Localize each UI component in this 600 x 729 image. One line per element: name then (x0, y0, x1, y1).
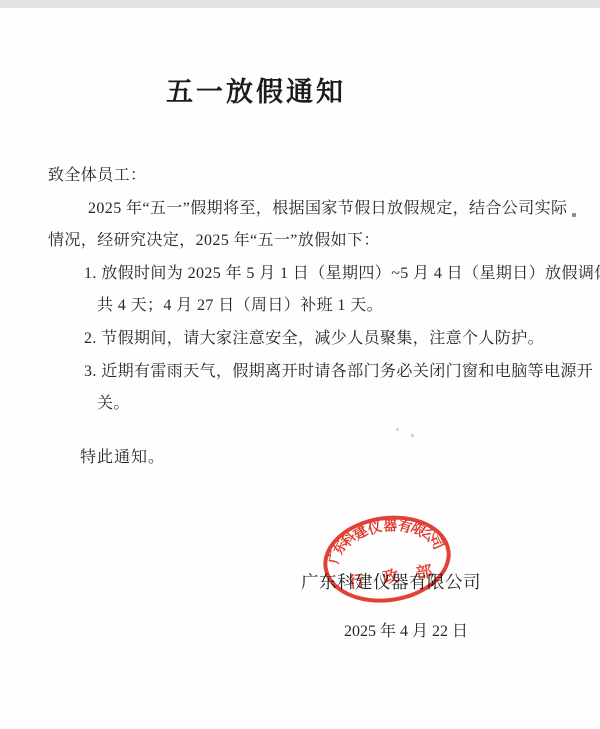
body-line: 1. 放假时间为 2025 年 5 月 1 日（星期四）~5 月 4 日（星期日… (48, 258, 566, 291)
body-line: 致全体员工： (48, 160, 566, 193)
signature-date: 2025 年 4 月 22 日 (344, 618, 468, 641)
stamp-arc-char: 广 (323, 548, 345, 564)
stamp-arc-char: 有 (396, 514, 415, 537)
body-line: 共 4 天；4 月 27 日（周日）补班 1 天。 (48, 290, 566, 323)
scan-speck (572, 213, 576, 217)
page-title: 五一放假通知 (0, 70, 512, 109)
stamp-arc-char: 司 (426, 532, 450, 553)
stamp-arc-text: 广东科建仪器有限公司 (309, 500, 454, 520)
stamp-arc-char: 限 (408, 517, 430, 541)
scan-edge-bar (0, 0, 600, 8)
closing-line: 特此通知。 (80, 444, 165, 467)
body-line: 2. 节假期间，请大家注意安全，减少人员聚集，注意个人防护。 (48, 323, 566, 356)
stamp-arc-char: 科 (336, 527, 360, 550)
notice-body: 致全体员工：2025 年“五一”假期将至，根据国家节假日放假规定，结合公司实际情… (48, 160, 566, 421)
stamp-ellipse-border (318, 508, 457, 611)
body-line: 情况，经研究决定，2025 年“五一”放假如下： (48, 225, 566, 258)
body-line: 关。 (48, 388, 566, 421)
stamp-arc-char: 器 (383, 515, 397, 535)
company-signature: 广东科建仪器有限公司 (301, 569, 481, 594)
stamp-arc-char: 东 (327, 537, 351, 558)
scan-speck (396, 428, 399, 431)
body-line: 3. 近期有雷雨天气，假期离开时请各部门务必关闭门窗和电脑等电源开 (48, 356, 566, 389)
company-seal-stamp: 广东科建仪器有限公司 行政部 (309, 500, 467, 617)
document-page: 五一放假通知 致全体员工：2025 年“五一”假期将至，根据国家节假日放假规定，… (0, 0, 600, 729)
scan-speck (411, 434, 414, 437)
stamp-arc-char: 仪 (365, 515, 384, 538)
stamp-arc-char: 建 (349, 520, 371, 544)
stamp-arc-char: 公 (418, 523, 442, 546)
body-line: 2025 年“五一”假期将至，根据国家节假日放假规定，结合公司实际 (48, 193, 566, 226)
